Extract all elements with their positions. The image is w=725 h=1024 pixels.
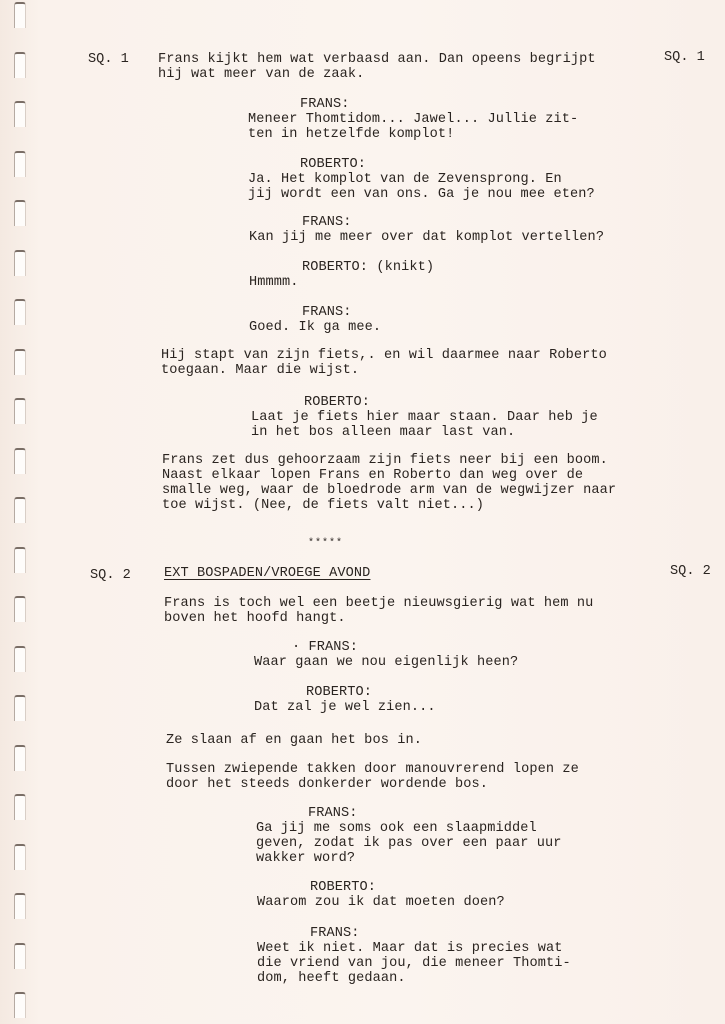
dialogue-text: Ga jij me soms ook een slaapmiddel geven… bbox=[256, 821, 562, 866]
dialogue-text: Dat zal je wel zien... bbox=[254, 700, 436, 715]
character-name: ROBERTO: (knikt) bbox=[302, 260, 434, 275]
sequence-label-right: SQ. 2 bbox=[670, 564, 711, 579]
binder-hole bbox=[14, 497, 26, 523]
dialogue-text: Hmmmm. bbox=[249, 275, 299, 290]
binder-hole bbox=[14, 200, 26, 226]
binder-hole bbox=[14, 299, 26, 325]
action-text: Frans kijkt hem wat verbaasd aan. Dan op… bbox=[158, 52, 596, 82]
binder-hole bbox=[14, 695, 26, 721]
binder-hole bbox=[14, 646, 26, 672]
dialogue-text: Meneer Thomtidom... Jawel... Jullie zit-… bbox=[248, 112, 578, 142]
character-name: ROBERTO: bbox=[310, 880, 376, 895]
character-name: FRANS: bbox=[308, 806, 358, 821]
scene-separator: ***** bbox=[308, 536, 343, 551]
sequence-label-right: SQ. 1 bbox=[664, 50, 705, 65]
binder-hole bbox=[14, 745, 26, 771]
binder-hole bbox=[14, 101, 26, 127]
binder-hole bbox=[14, 547, 26, 573]
binder-hole bbox=[14, 596, 26, 622]
binder-hole bbox=[14, 250, 26, 276]
character-name: ROBERTO: bbox=[300, 157, 366, 172]
sequence-label-left: SQ. 2 bbox=[90, 568, 131, 583]
binder-hole bbox=[14, 448, 26, 474]
character-name: FRANS: bbox=[300, 97, 350, 112]
character-name: ROBERTO: bbox=[304, 395, 370, 410]
action-text: Frans is toch wel een beetje nieuwsgieri… bbox=[164, 596, 593, 626]
dialogue-text: Goed. Ik ga mee. bbox=[249, 320, 381, 335]
binder-hole bbox=[14, 2, 26, 28]
dialogue-text: Laat je fiets hier maar staan. Daar heb … bbox=[251, 410, 598, 440]
dialogue-text: Ja. Het komplot van de Zevensprong. En j… bbox=[248, 172, 595, 202]
dialogue-text: Waar gaan we nou eigenlijk heen? bbox=[254, 655, 518, 670]
binder-holes bbox=[14, 0, 30, 1024]
character-name: ROBERTO: bbox=[306, 685, 372, 700]
action-text: Tussen zwiepende takken door manouvreren… bbox=[166, 762, 579, 792]
binder-hole bbox=[14, 151, 26, 177]
binder-hole bbox=[14, 992, 26, 1018]
action-text: Hij stapt van zijn fiets,. en wil daarme… bbox=[161, 348, 607, 378]
binder-hole bbox=[14, 794, 26, 820]
dialogue-text: Kan jij me meer over dat komplot vertell… bbox=[249, 230, 604, 245]
character-name: FRANS: bbox=[310, 926, 360, 941]
dialogue-text: Waarom zou ik dat moeten doen? bbox=[257, 895, 505, 910]
binder-hole bbox=[14, 844, 26, 870]
action-text: Frans zet dus gehoorzaam zijn fiets neer… bbox=[162, 453, 616, 513]
sequence-label-left: SQ. 1 bbox=[88, 52, 129, 67]
dialogue-text: Weet ik niet. Maar dat is precies wat di… bbox=[257, 941, 571, 986]
binder-hole bbox=[14, 893, 26, 919]
script-page: SQ. 1 SQ. 1 Frans kijkt hem wat verbaasd… bbox=[0, 0, 725, 1024]
character-name: FRANS: bbox=[302, 305, 352, 320]
binder-hole bbox=[14, 943, 26, 969]
scene-heading: EXT BOSPADEN/VROEGE AVOND bbox=[164, 566, 370, 581]
character-name: FRANS: bbox=[302, 215, 352, 230]
action-text: Ze slaan af en gaan het bos in. bbox=[166, 733, 422, 748]
binder-hole bbox=[14, 349, 26, 375]
binder-hole bbox=[14, 52, 26, 78]
binder-hole bbox=[14, 398, 26, 424]
character-name: · FRANS: bbox=[292, 640, 358, 655]
